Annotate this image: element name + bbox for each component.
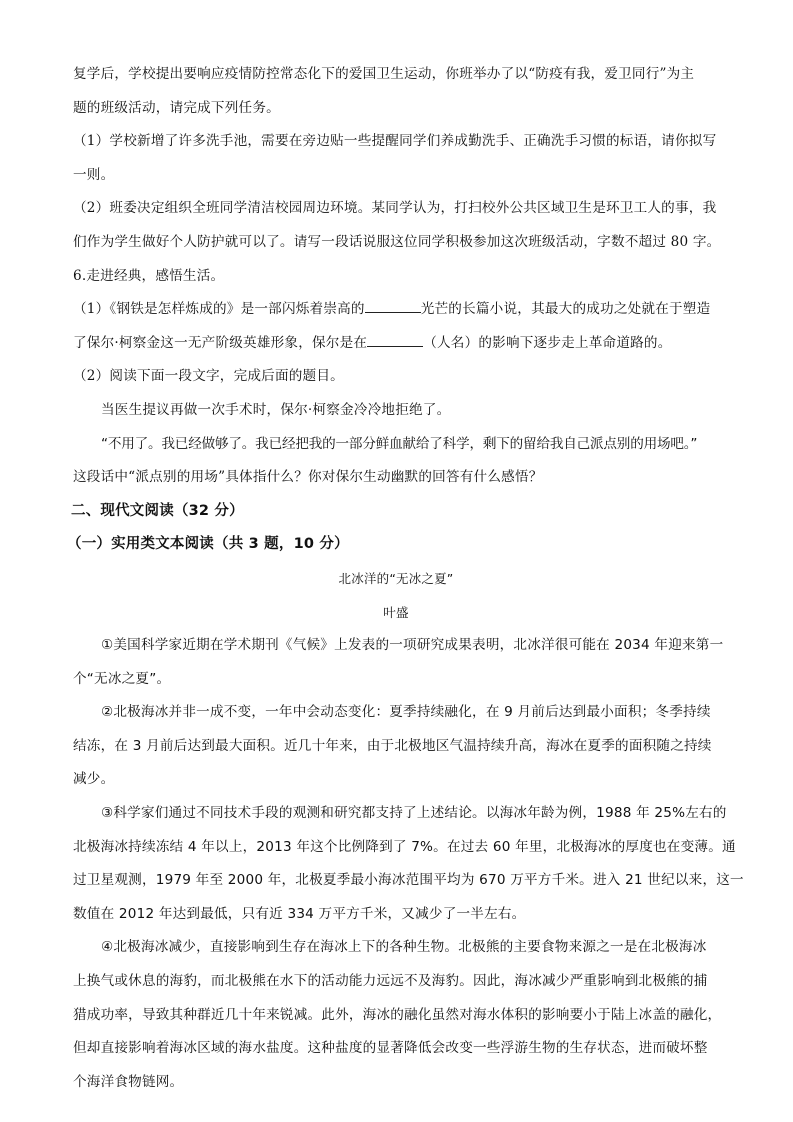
- text-line: 北极海冰持续冻结 4 年以上，2013 年这个比例降到了 7%。在过去 60 年…: [73, 831, 719, 865]
- answer-blank[interactable]: [365, 300, 421, 313]
- activity-intro: 复学后，学校提出要响应疫情防控常态化下的爱国卫生运动，你班举办了以“防疫有我，爱…: [73, 58, 719, 125]
- text-line: ①美国科学家近期在学术期刊《气候》上发表的一项研究成果表明，北冰洋很可能在 20…: [73, 629, 719, 663]
- article-author: 叶盛: [73, 596, 719, 630]
- text-line: （1）学校新增了许多洗手池，需要在旁边贴一些提醒同学们养成勤洗手、正确洗手习惯的…: [73, 125, 719, 159]
- fill-blank-line: 了保尔·柯察金这一无产阶级英雄形象，保尔是在（人名）的影响下逐步走上革命道路的。: [73, 327, 719, 361]
- sub-question-text: 这段话中“派点别的用场”具体指什么？你对保尔生动幽默的回答有什么感悟？: [73, 461, 719, 495]
- article-paragraph-2: ②北极海冰并非一成不变，一年中会动态变化：夏季持续融化，在 9 月前后达到最小面…: [73, 696, 719, 797]
- sub-question-prompt: （2）阅读下面一段文字，完成后面的题目。: [73, 360, 719, 394]
- fill-blank-line: （1）《钢铁是怎样炼成的》是一部闪烁着崇高的光芒的长篇小说，其最大的成功之处就在…: [73, 293, 719, 327]
- text-line: 过卫星观测，1979 年至 2000 年，北极夏季最小海冰范围平均为 670 万…: [73, 864, 719, 898]
- answer-blank[interactable]: [367, 334, 423, 347]
- question-title: 6.走进经典，感悟生活。: [73, 260, 719, 294]
- question-5-2: （2）班委决定组织全班同学清洁校园周边环境。某同学认为，打扫校外公共区域卫生是环…: [73, 192, 719, 259]
- text-line: 但却直接影响着海冰区域的海水盐度。这种盐度的显著降低会改变一些浮游生物的生存状态…: [73, 1032, 719, 1066]
- text-line: ④北极海冰减少，直接影响到生存在海冰上下的各种生物。北极熊的主要食物来源之一是在…: [73, 931, 719, 965]
- article-paragraph-1: ①美国科学家近期在学术期刊《气候》上发表的一项研究成果表明，北冰洋很可能在 20…: [73, 629, 719, 696]
- question-6: 6.走进经典，感悟生活。 （1）《钢铁是怎样炼成的》是一部闪烁着崇高的光芒的长篇…: [73, 260, 719, 495]
- article-paragraph-3: ③科学家们通过不同技术手段的观测和研究都支持了上述结论。以海冰年龄为例，1988…: [73, 797, 719, 931]
- article-title: 北冰洋的“无冰之夏”: [73, 562, 719, 596]
- text-line: ③科学家们通过不同技术手段的观测和研究都支持了上述结论。以海冰年龄为例，1988…: [73, 797, 719, 831]
- text-line: 结冻，在 3 月前后达到最大面积。近几十年来，由于北极地区气温持续升高，海冰在夏…: [73, 730, 719, 764]
- article: 北冰洋的“无冰之夏” 叶盛 ①美国科学家近期在学术期刊《气候》上发表的一项研究成…: [73, 562, 719, 1100]
- text-line: 个海洋食物链网。: [73, 1066, 719, 1100]
- quoted-passage: “不用了。我已经做够了。我已经把我的一部分鲜血献给了科学，剩下的留给我自己派点别…: [73, 428, 719, 462]
- text-line: 复学后，学校提出要响应疫情防控常态化下的爱国卫生运动，你班举办了以“防疫有我，爱…: [73, 58, 719, 92]
- quoted-passage: 当医生提议再做一次手术时，保尔·柯察金冷冷地拒绝了。: [73, 394, 719, 428]
- section-heading: 二、现代文阅读（32 分）: [71, 495, 719, 529]
- text-line: 猎成功率，导致其种群近几十年来锐减。此外，海冰的融化虽然对海水体积的影响要小于陆…: [73, 999, 719, 1033]
- text-line: 个“无冰之夏”。: [73, 663, 719, 697]
- text-line: 上换气或休息的海豹，而北极熊在水下的活动能力远远不及海豹。因此，海冰减少严重影响…: [73, 965, 719, 999]
- article-paragraph-4: ④北极海冰减少，直接影响到生存在海冰上下的各种生物。北极熊的主要食物来源之一是在…: [73, 931, 719, 1099]
- text-line: （2）班委决定组织全班同学清洁校园周边环境。某同学认为，打扫校外公共区域卫生是环…: [73, 192, 719, 226]
- text-segment: 了保尔·柯察金这一无产阶级英雄形象，保尔是在: [73, 335, 367, 351]
- text-line: 们作为学生做好个人防护就可以了。请写一段话说服这位同学积极参加这次班级活动，字数…: [73, 226, 719, 260]
- text-segment: （人名）的影响下逐步走上革命道路的。: [423, 335, 671, 351]
- text-segment: 光芒的长篇小说，其最大的成功之处就在于塑造: [421, 301, 711, 317]
- text-segment: （1）《钢铁是怎样炼成的》是一部闪烁着崇高的: [73, 301, 365, 317]
- text-line: 题的班级活动，请完成下列任务。: [73, 92, 719, 126]
- subsection-heading: （一）实用类文本阅读（共 3 题，10 分）: [67, 528, 719, 562]
- text-line: ②北极海冰并非一成不变，一年中会动态变化：夏季持续融化，在 9 月前后达到最小面…: [73, 696, 719, 730]
- exam-page: 复学后，学校提出要响应疫情防控常态化下的爱国卫生运动，你班举办了以“防疫有我，爱…: [73, 58, 719, 1099]
- text-line: 一则。: [73, 159, 719, 193]
- text-line: 数值在 2012 年达到最低，只有近 334 万平方千米，又减少了一半左右。: [73, 898, 719, 932]
- text-line: 减少。: [73, 763, 719, 797]
- question-5-1: （1）学校新增了许多洗手池，需要在旁边贴一些提醒同学们养成勤洗手、正确洗手习惯的…: [73, 125, 719, 192]
